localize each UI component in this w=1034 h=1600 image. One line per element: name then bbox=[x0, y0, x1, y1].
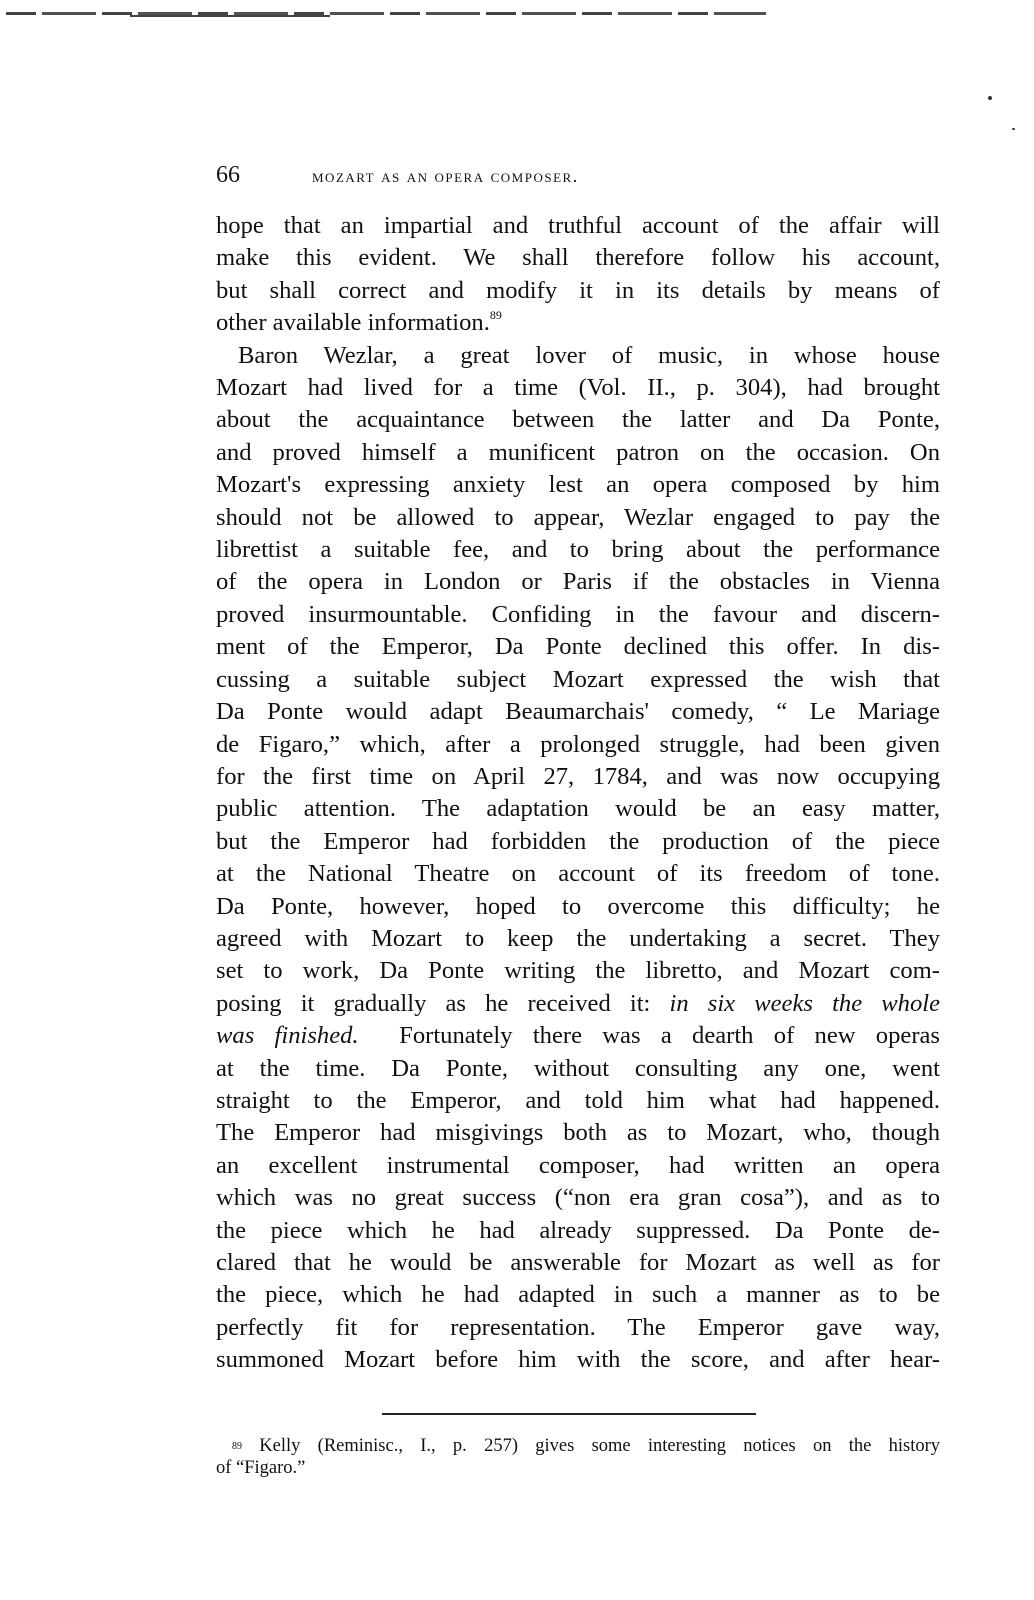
text-line: posing it gradually as he received it: i… bbox=[216, 988, 940, 1020]
text-line: should not be allowed to appear, Wezlar … bbox=[216, 502, 940, 534]
text-line: the piece which he had already suppresse… bbox=[216, 1215, 940, 1247]
book-page: 66 MOZART AS AN OPERA COMPOSER. hope tha… bbox=[216, 160, 940, 1479]
footnote: 89 Kelly (Reminisc., I., p. 257) gives s… bbox=[216, 1435, 940, 1479]
text-line: make this evident. We shall therefore fo… bbox=[216, 242, 940, 274]
running-head: 66 MOZART AS AN OPERA COMPOSER. bbox=[216, 160, 940, 196]
text-line: the piece, which he had adapted in such … bbox=[216, 1279, 940, 1311]
text-line: other available information.89 bbox=[216, 307, 940, 339]
text-line: an excellent instrumental composer, had … bbox=[216, 1150, 940, 1182]
page-number: 66 bbox=[216, 162, 240, 189]
text-line: for the first time on April 27, 1784, an… bbox=[216, 761, 940, 793]
text-line: was finished. Fortunately there was a de… bbox=[216, 1020, 940, 1052]
text-line: Da Ponte would adapt Beaumarchais' comed… bbox=[216, 696, 940, 728]
text-line: which was no great success (“non era gra… bbox=[216, 1182, 940, 1214]
text-line: but the Emperor had forbidden the produc… bbox=[216, 826, 940, 858]
italic-phrase: in six weeks the whole bbox=[670, 990, 940, 1017]
text-line: cussing a suitable subject Mozart expres… bbox=[216, 664, 940, 696]
text-line: clared that he would be answerable for M… bbox=[216, 1247, 940, 1279]
text-line: Mozart had lived for a time (Vol. II., p… bbox=[216, 372, 940, 404]
text-line: but shall correct and modify it in its d… bbox=[216, 275, 940, 307]
text-line: and proved himself a munificent patron o… bbox=[216, 437, 940, 469]
text-line: of the opera in London or Paris if the o… bbox=[216, 566, 940, 598]
text-line: proved insurmountable. Confiding in the … bbox=[216, 599, 940, 631]
scan-speck bbox=[1012, 128, 1015, 130]
text-line: Baron Wezlar, a great lover of music, in… bbox=[216, 340, 940, 372]
text-line: agreed with Mozart to keep the undertaki… bbox=[216, 923, 940, 955]
text-line: summoned Mozart before him with the scor… bbox=[216, 1344, 940, 1376]
text-line: librettist a suitable fee, and to bring … bbox=[216, 534, 940, 566]
text-line: hope that an impartial and truthful acco… bbox=[216, 210, 940, 242]
text-line: de Figaro,” which, after a prolonged str… bbox=[216, 729, 940, 761]
paragraph-2: Baron Wezlar, a great lover of music, in… bbox=[216, 340, 940, 1377]
text-line: The Emperor had misgivings both as to Mo… bbox=[216, 1117, 940, 1149]
running-title: MOZART AS AN OPERA COMPOSER. bbox=[312, 166, 579, 187]
text-line: perfectly fit for representation. The Em… bbox=[216, 1312, 940, 1344]
footnote-marker: 89 bbox=[232, 1441, 242, 1452]
footnote-line: 89 Kelly (Reminisc., I., p. 257) gives s… bbox=[216, 1435, 940, 1457]
text-line: Da Ponte, however, hoped to overcome thi… bbox=[216, 891, 940, 923]
footnote-reference: 89 bbox=[490, 308, 502, 322]
text-line: at the time. Da Ponte, without consultin… bbox=[216, 1053, 940, 1085]
text-line: public attention. The adaptation would b… bbox=[216, 793, 940, 825]
scan-edge-artifact bbox=[130, 15, 330, 17]
text-line: at the National Theatre on account of it… bbox=[216, 858, 940, 890]
text-line: set to work, Da Ponte writing the libret… bbox=[216, 955, 940, 987]
footnote-line: of “Figaro.” bbox=[216, 1457, 940, 1479]
paragraph-1: hope that an impartial and truthful acco… bbox=[216, 210, 940, 340]
text-line: ment of the Emperor, Da Ponte declined t… bbox=[216, 631, 940, 663]
text-line: about the acquaintance between the latte… bbox=[216, 404, 940, 436]
text-line: straight to the Emperor, and told him wh… bbox=[216, 1085, 940, 1117]
italic-phrase: was finished. bbox=[216, 1022, 359, 1049]
scan-edge-artifact bbox=[6, 12, 766, 15]
body-text: hope that an impartial and truthful acco… bbox=[216, 210, 940, 1377]
text-line: Mozart's expressing anxiety lest an oper… bbox=[216, 469, 940, 501]
footnote-divider bbox=[382, 1413, 756, 1415]
scan-speck bbox=[988, 96, 992, 100]
